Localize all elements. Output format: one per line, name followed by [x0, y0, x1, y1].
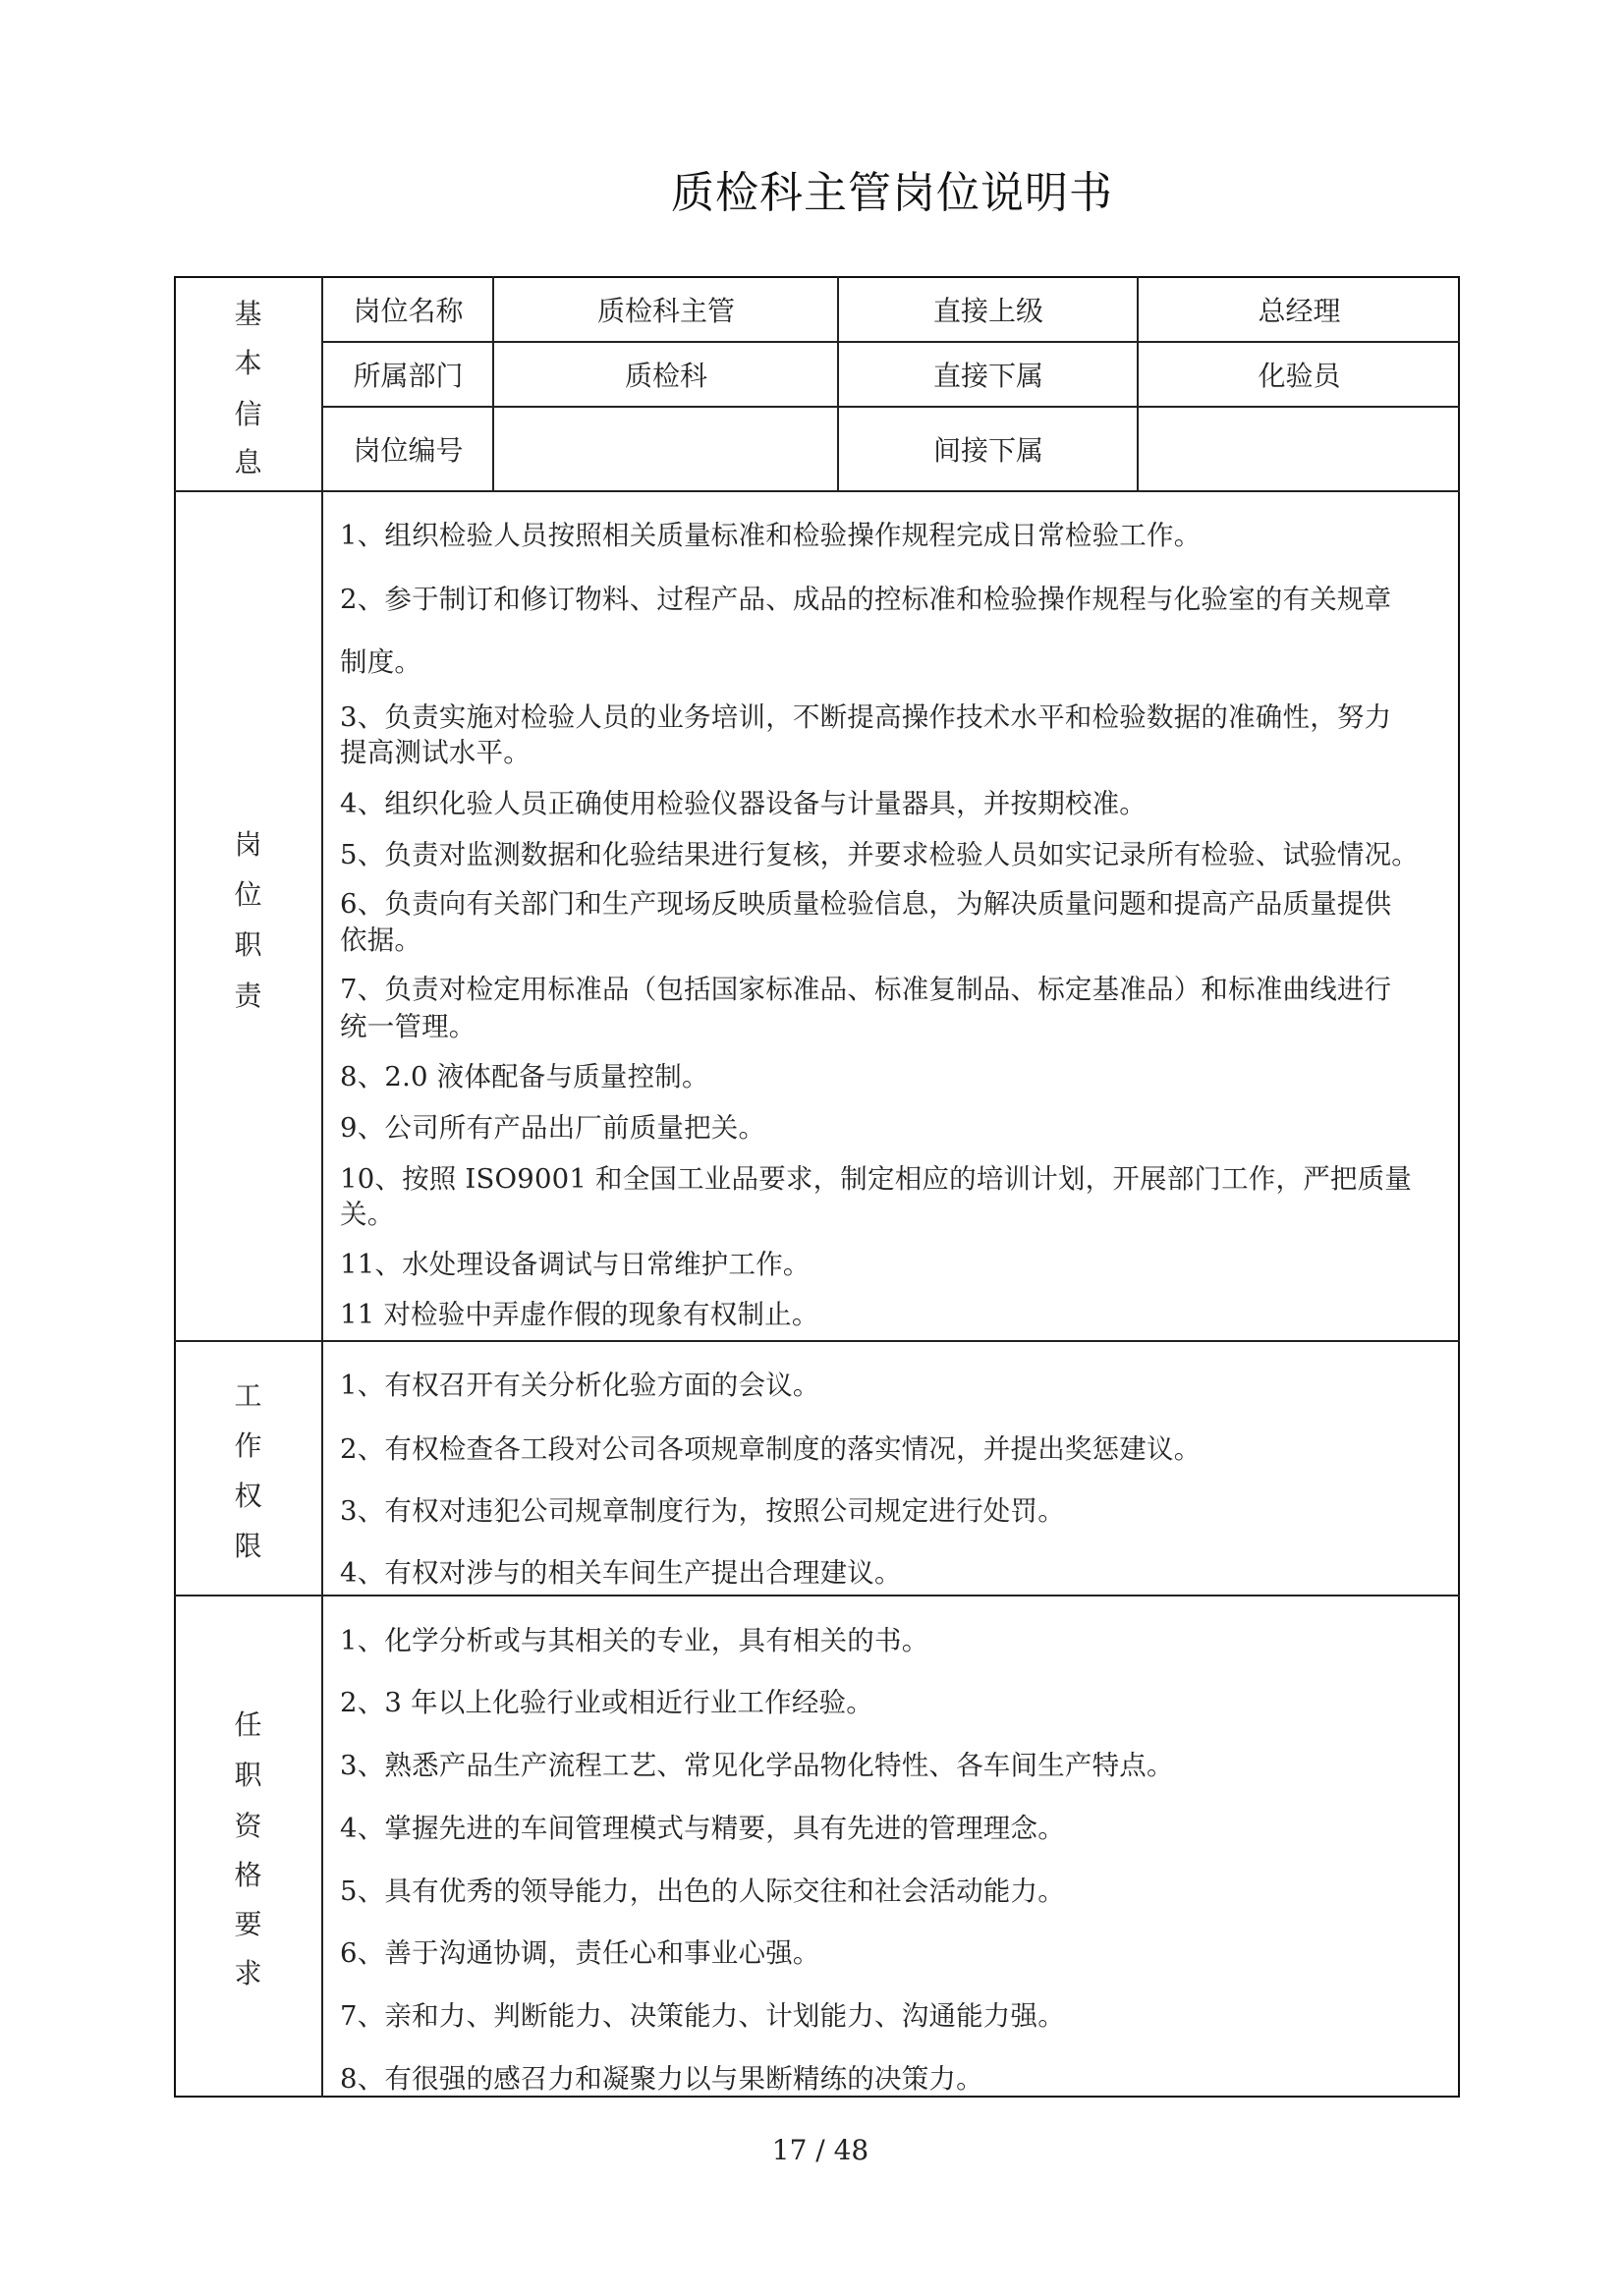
label-department: 所属部门	[323, 343, 493, 406]
qualification-line: 4、掌握先进的车间管理模式与精要，具有先进的管理理念。	[340, 1806, 1456, 1845]
label-position-code: 岗位编号	[323, 408, 493, 490]
section-label-char: 信	[174, 393, 322, 432]
authority-line: 3、有权对违犯公司规章制度行为，按照公司规定进行处罚。	[340, 1488, 1456, 1528]
duty-line: 8、2.0 液体配备与质量控制。	[340, 1054, 1456, 1093]
qualification-line: 8、有很强的感召力和凝聚力以与果断精练的决策力。	[340, 2056, 1456, 2096]
section-label-char: 岗	[174, 823, 322, 863]
qualification-line: 1、化学分析或与其相关的专业，具有相关的书。	[340, 1618, 1456, 1657]
duty-line: 7、负责对检定用标准品（包括国家标准品、标准复制品、标定基准品）和标准曲线进行	[340, 967, 1456, 1006]
duty-line: 10、按照 ISO9001 和全国工业品要求，制定相应的培训计划，开展部门工作，…	[340, 1156, 1456, 1196]
section-label-char: 基	[174, 293, 322, 332]
duty-line: 依据。	[340, 918, 1456, 957]
section-label-char: 息	[174, 441, 322, 480]
duty-line: 4、组织化验人员正确使用检验仪器设备与计量器具，并按期校准。	[340, 781, 1456, 820]
section-label-char: 任	[174, 1704, 322, 1743]
duty-line: 2、参于制订和修订物料、过程产品、成品的控标准和检验操作规程与化验室的有关规章	[340, 577, 1456, 616]
section-label-char: 限	[174, 1525, 322, 1564]
duty-line: 制度。	[340, 640, 1456, 679]
authority-line: 4、有权对涉与的相关车间生产提出合理建议。	[340, 1550, 1456, 1590]
duty-line: 9、公司所有产品出厂前质量把关。	[340, 1105, 1456, 1145]
authority-line: 2、有权检查各工段对公司各项规章制度的落实情况，并提出奖惩建议。	[340, 1427, 1456, 1466]
section-label-char: 要	[174, 1903, 322, 1942]
value-direct-superior: 总经理	[1139, 278, 1460, 341]
section-label-char: 求	[174, 1952, 322, 1991]
section-label-char: 作	[174, 1425, 322, 1464]
section-label-char: 资	[174, 1805, 322, 1844]
authority-line: 1、有权召开有关分析化验方面的会议。	[340, 1363, 1456, 1402]
value-position-code	[494, 408, 838, 490]
label-direct-subordinate: 直接下属	[839, 343, 1138, 406]
label-position-name: 岗位名称	[323, 278, 493, 341]
qualification-line: 3、熟悉产品生产流程工艺、常见化学品物化特性、各车间生产特点。	[340, 1743, 1456, 1782]
duty-line: 关。	[340, 1192, 1456, 1231]
duty-line: 11、水处理设备调试与日常维护工作。	[340, 1242, 1456, 1281]
qualification-line: 5、具有优秀的领导能力，出色的人际交往和社会活动能力。	[340, 1869, 1456, 1908]
duty-line: 1、组织检验人员按照相关质量标准和检验操作规程完成日常检验工作。	[340, 513, 1456, 552]
label-direct-superior: 直接上级	[839, 278, 1138, 341]
value-position-name: 质检科主管	[494, 278, 838, 341]
qualification-line: 2、3 年以上化验行业或相近行业工作经验。	[340, 1680, 1456, 1719]
duty-line: 11 对检验中弄虚作假的现象有权制止。	[340, 1292, 1456, 1331]
page-number: 17 / 48	[0, 2134, 1624, 2166]
section-label-char: 职	[174, 924, 322, 963]
section-label-char: 责	[174, 975, 322, 1014]
value-indirect-subordinate	[1139, 408, 1460, 490]
value-department: 质检科	[494, 343, 838, 406]
section-divider	[174, 490, 1460, 492]
section-label-char: 职	[174, 1754, 322, 1793]
duty-line: 提高测试水平。	[340, 730, 1456, 769]
qualification-line: 6、善于沟通协调，责任心和事业心强。	[340, 1931, 1456, 1970]
document-title: 质检科主管岗位说明书	[0, 157, 1624, 220]
duty-line: 3、负责实施对检验人员的业务培训，不断提高操作技术水平和检验数据的准确性，努力	[340, 695, 1456, 734]
section-divider	[174, 1595, 1460, 1596]
value-direct-subordinate: 化验员	[1139, 343, 1460, 406]
label-indirect-subordinate: 间接下属	[839, 408, 1138, 490]
duty-line: 5、负责对监测数据和化验结果进行复核，并要求检验人员如实记录所有检验、试验情况。	[340, 832, 1456, 871]
section-label-char: 格	[174, 1854, 322, 1893]
section-label-char: 权	[174, 1475, 322, 1514]
section-label-char: 工	[174, 1374, 322, 1414]
section-divider	[174, 1340, 1460, 1342]
section-label-char: 本	[174, 342, 322, 381]
section-label-char: 位	[174, 873, 322, 913]
duty-line: 统一管理。	[340, 1004, 1456, 1043]
qualification-line: 7、亲和力、判断能力、决策能力、计划能力、沟通能力强。	[340, 1993, 1456, 2033]
duty-line: 6、负责向有关部门和生产现场反映质量检验信息，为解决质量问题和提高产品质量提供	[340, 881, 1456, 921]
